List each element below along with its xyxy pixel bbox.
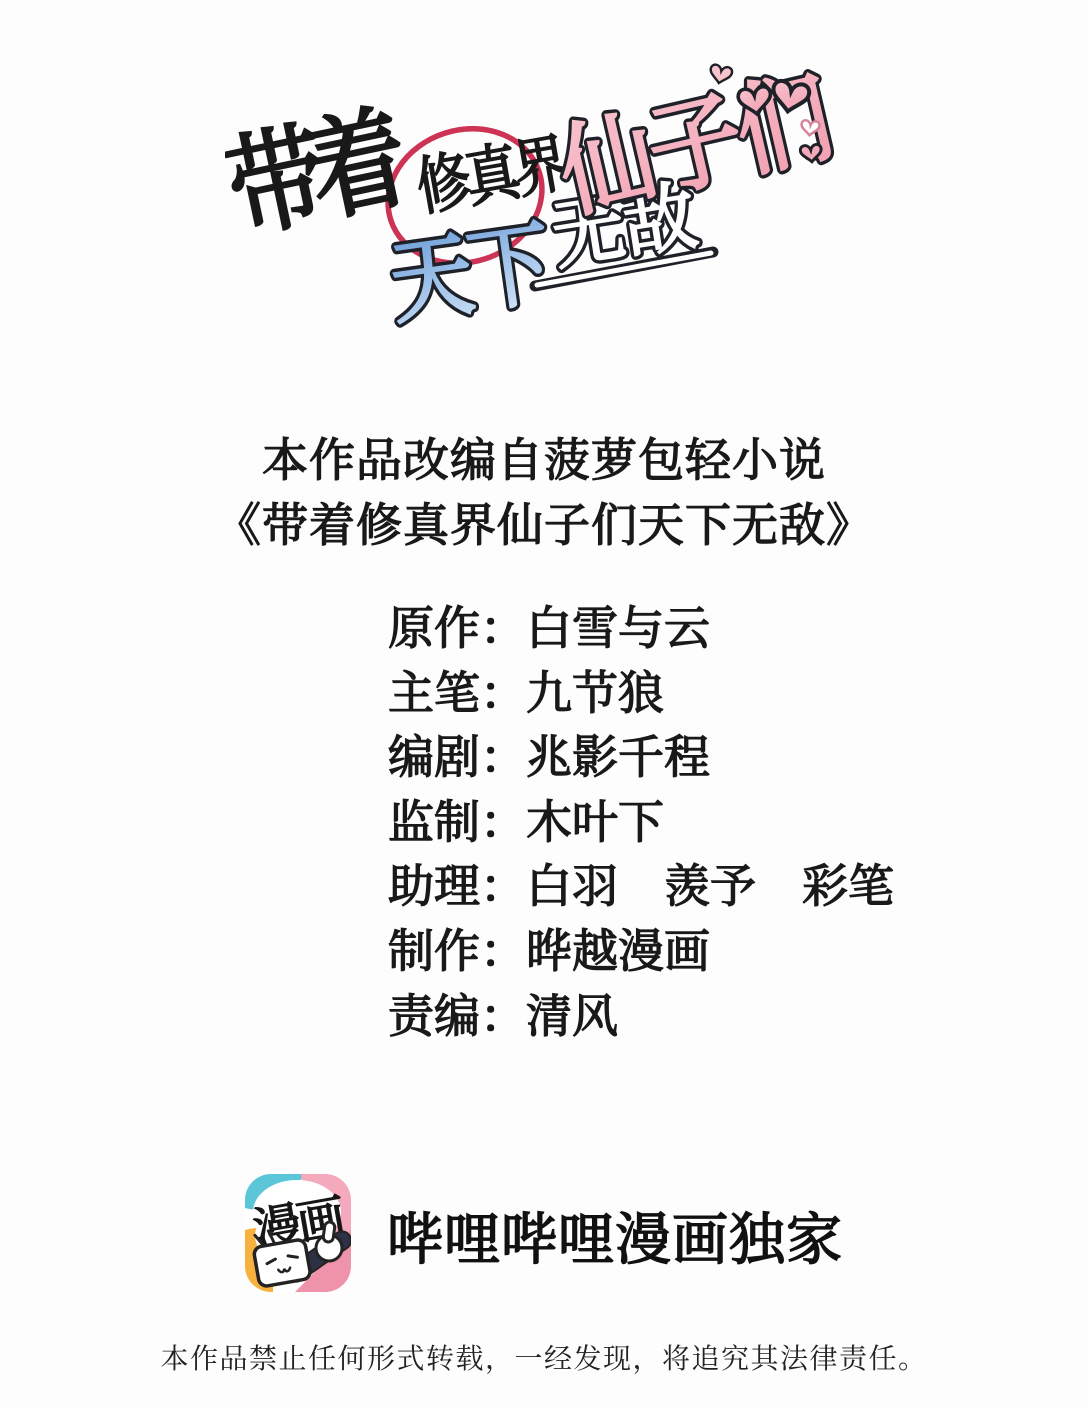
credit-label: 主笔 xyxy=(388,667,480,719)
credit-row-original-author: 原作：白雪与云 xyxy=(388,596,894,661)
credit-value: 白雪与云 xyxy=(526,602,710,654)
credit-row-production: 制作：晔越漫画 xyxy=(388,919,894,984)
credit-label: 监制 xyxy=(388,796,480,848)
credits-list: 原作：白雪与云 主笔：九节狼 编剧：兆影千程 监制：木叶下 助理：白羽 羡予 彩… xyxy=(388,596,894,1048)
credit-label: 助理 xyxy=(388,860,480,912)
credit-row-screenwriter: 编剧：兆影千程 xyxy=(388,725,894,790)
credit-colon: ： xyxy=(480,990,526,1042)
credit-label: 责编 xyxy=(388,990,480,1042)
credit-value: 清风 xyxy=(526,990,618,1042)
credit-colon: ： xyxy=(480,796,526,848)
credit-row-assistants: 助理：白羽 羡予 彩笔 xyxy=(388,854,894,919)
credit-row-supervisor: 监制：木叶下 xyxy=(388,790,894,855)
credit-colon: ： xyxy=(480,602,526,654)
comic-credits-page: 带着 修真界 天下 无敌 仙子们 本作品改编自菠萝包轻小说 《带着修真界仙子们天… xyxy=(0,0,1088,1407)
publisher-label: 哔哩哔哩漫画独家 xyxy=(387,1190,843,1276)
adaptation-note: 本作品改编自菠萝包轻小说 《带着修真界仙子们天下无敌》 xyxy=(0,428,1088,558)
logo-text-tianxia: 天下 xyxy=(383,211,556,335)
credit-label: 编剧 xyxy=(388,731,480,783)
credit-value: 九节狼 xyxy=(526,667,664,719)
credit-colon: ： xyxy=(480,860,526,912)
logo-text-daizhe: 带着 xyxy=(225,95,417,254)
title-logo: 带着 修真界 天下 无敌 仙子们 xyxy=(225,58,885,370)
credit-label: 制作 xyxy=(388,925,480,977)
finger-icon xyxy=(323,1221,336,1242)
credit-value: 晔越漫画 xyxy=(526,925,710,977)
credit-colon: ： xyxy=(480,731,526,783)
credit-colon: ： xyxy=(480,925,526,977)
copyright-notice: 本作品禁止任何形式转载，一经发现，将追究其法律责任。 xyxy=(0,1337,1088,1377)
publisher-row: 漫画 哔哩哔哩漫画独家 xyxy=(0,1174,1088,1292)
bilibili-manga-app-icon: 漫画 xyxy=(245,1174,351,1292)
credit-label: 原作 xyxy=(388,602,480,654)
credit-value: 兆影千程 xyxy=(526,731,710,783)
credit-value: 白羽 羡予 彩笔 xyxy=(526,860,894,912)
credit-row-editor: 责编：清风 xyxy=(388,984,894,1049)
credit-value: 木叶下 xyxy=(526,796,664,848)
adaptation-line1: 本作品改编自菠萝包轻小说 xyxy=(0,428,1088,493)
credit-colon: ： xyxy=(480,667,526,719)
adaptation-line2: 《带着修真界仙子们天下无敌》 xyxy=(0,493,1088,558)
credit-row-lead-artist: 主笔：九节狼 xyxy=(388,661,894,726)
